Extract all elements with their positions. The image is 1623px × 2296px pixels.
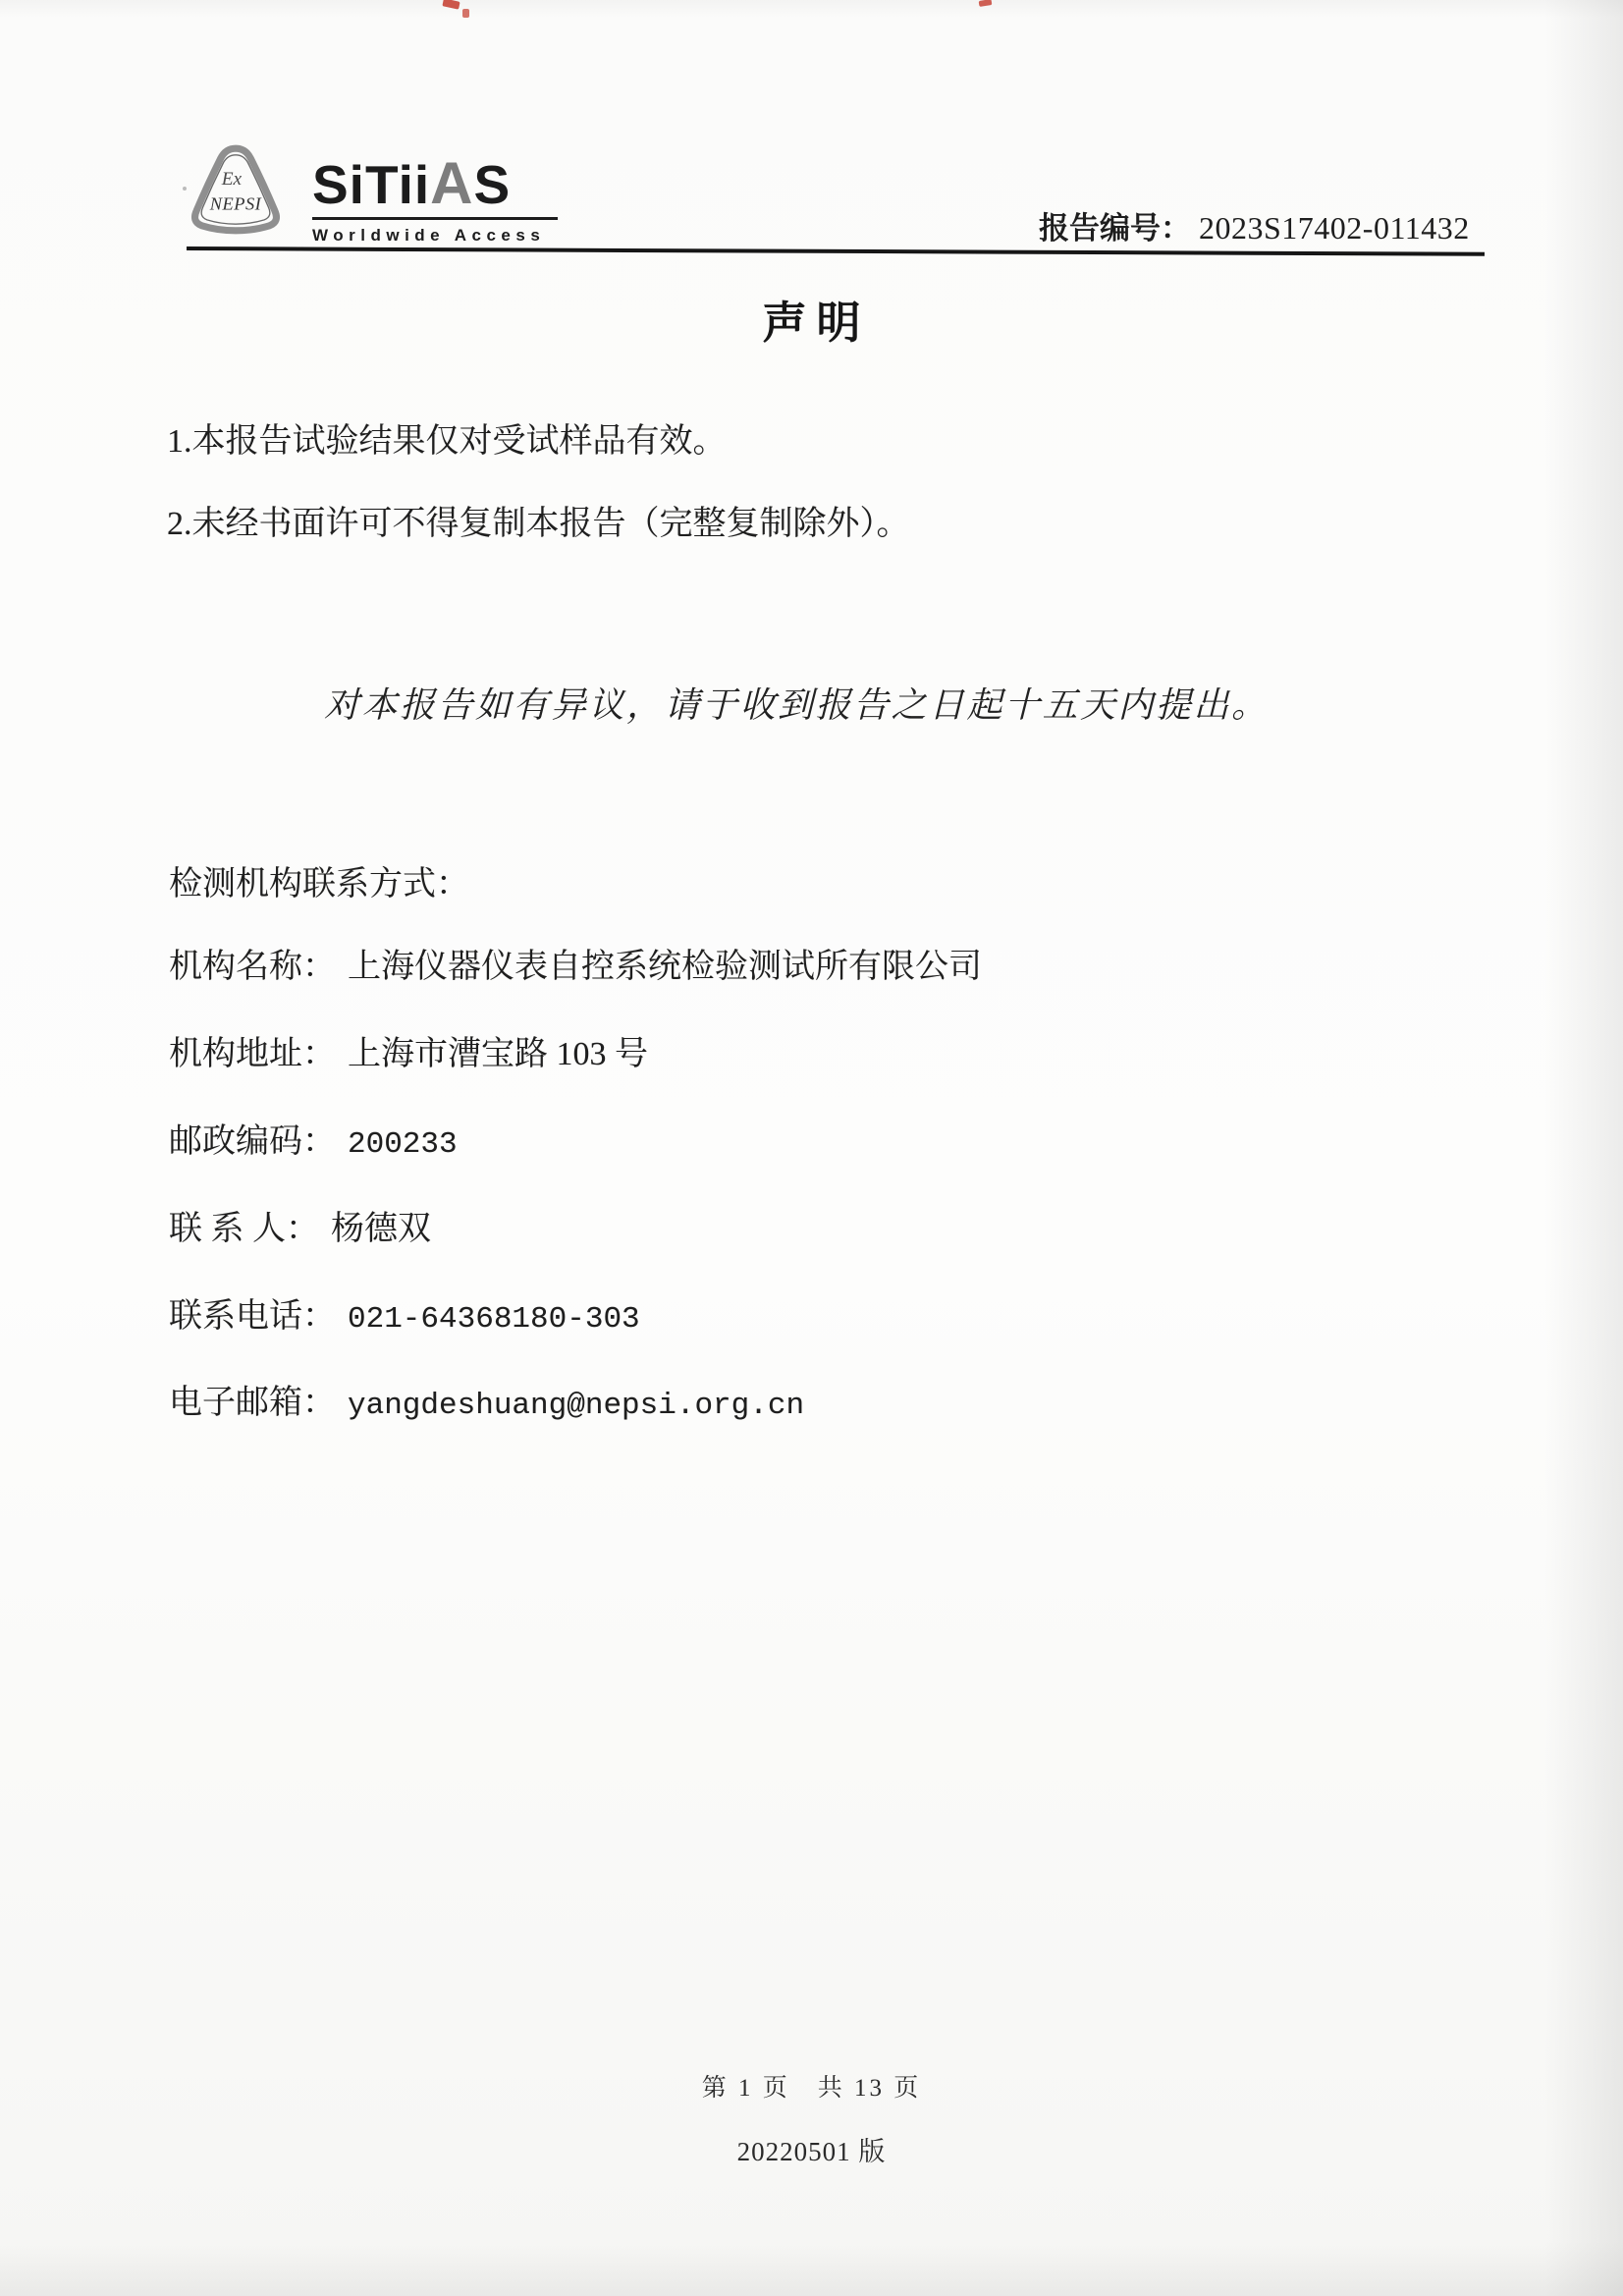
contact-row-value: 021-64368180-303 [348, 1302, 640, 1337]
nepsi-ex-mark-icon: Ex NEPSI [186, 143, 286, 236]
nepsi-triangle-inner-outline [201, 155, 270, 224]
sitiias-wordmark-accent-a: A [430, 150, 473, 216]
scan-artifact-red-speck [979, 0, 993, 7]
nepsi-mark-nepsi-text: NEPSI [209, 193, 262, 213]
statement-item: 1.本报告试验结果仅对受试样品有效。 [167, 422, 727, 461]
template-version: 20220501 版 [0, 2130, 1623, 2168]
contact-row-value: 上海仪器仪表自控系统检验测试所有限公司 [348, 949, 982, 985]
scan-artifact-red-speck [462, 9, 469, 18]
contact-row-value: yangdeshuang@nepsi.org.cn [348, 1389, 804, 1423]
contact-row-phone: 联系电话：021-64368180-303 [169, 1288, 640, 1337]
report-number-label: 报告编号： [1039, 203, 1191, 247]
sitiias-wordmark-left: SiTii [312, 154, 430, 215]
contact-row-org-address: 机构地址：上海市漕宝路 103 号 [169, 1026, 648, 1074]
contact-row-label: 机构地址： [169, 1036, 336, 1072]
report-number-line: 报告编号： 2023S17402-011432 [1039, 203, 1470, 247]
contact-row-email: 电子邮箱：yangdeshuang@nepsi.org.cn [169, 1375, 804, 1423]
page-title: 声明 [0, 287, 1623, 351]
contact-row-value: 上海市漕宝路 103 号 [348, 1036, 648, 1072]
nepsi-mark-ex-text: Ex [221, 169, 243, 190]
report-number-value: 2023S17402-011432 [1199, 210, 1470, 246]
wordmark-tagline: Worldwide Access [312, 226, 558, 246]
sitiias-wordmark: SiTiiAS [312, 154, 558, 213]
contact-section-heading: 检测机构联系方式： [169, 856, 469, 904]
statement-item: 2.未经书面许可不得复制本报告（完整复制除外）。 [167, 505, 910, 543]
header-divider-rule [187, 246, 1485, 256]
contact-row-org-name: 机构名称：上海仪器仪表自控系统检验测试所有限公司 [169, 939, 982, 987]
scan-edge-shading-bottom [0, 2242, 1623, 2296]
sitiias-logo: SiTiiAS Worldwide Access [312, 154, 558, 246]
wordmark-underline [312, 217, 558, 220]
objection-notice: 对本报告如有异议，请于收到报告之日起十五天内提出。 [324, 678, 1270, 728]
contact-row-label: 联系电话： [169, 1298, 336, 1335]
contact-row-label: 邮政编码： [169, 1123, 336, 1160]
sitiias-wordmark-right: S [473, 154, 511, 215]
scanned-report-page: Ex NEPSI SiTiiAS Worldwide Access 报告编号： … [0, 0, 1623, 2296]
contact-row-value: 200233 [348, 1127, 458, 1162]
contact-row-contact-person: 联 系 人：杨德双 [169, 1201, 431, 1249]
scan-edge-shading-top [0, 0, 1623, 18]
contact-row-postal-code: 邮政编码：200233 [169, 1114, 458, 1162]
contact-row-label: 机构名称： [169, 949, 336, 985]
contact-row-label: 电子邮箱： [169, 1385, 336, 1421]
contact-row-value: 杨德双 [331, 1211, 431, 1247]
contact-row-label: 联 系 人： [169, 1211, 319, 1247]
scan-artifact-red-speck [442, 0, 460, 10]
page-number-indicator: 第 1 页 共 13 页 [0, 2068, 1623, 2104]
nepsi-triangle-outline [195, 148, 277, 231]
